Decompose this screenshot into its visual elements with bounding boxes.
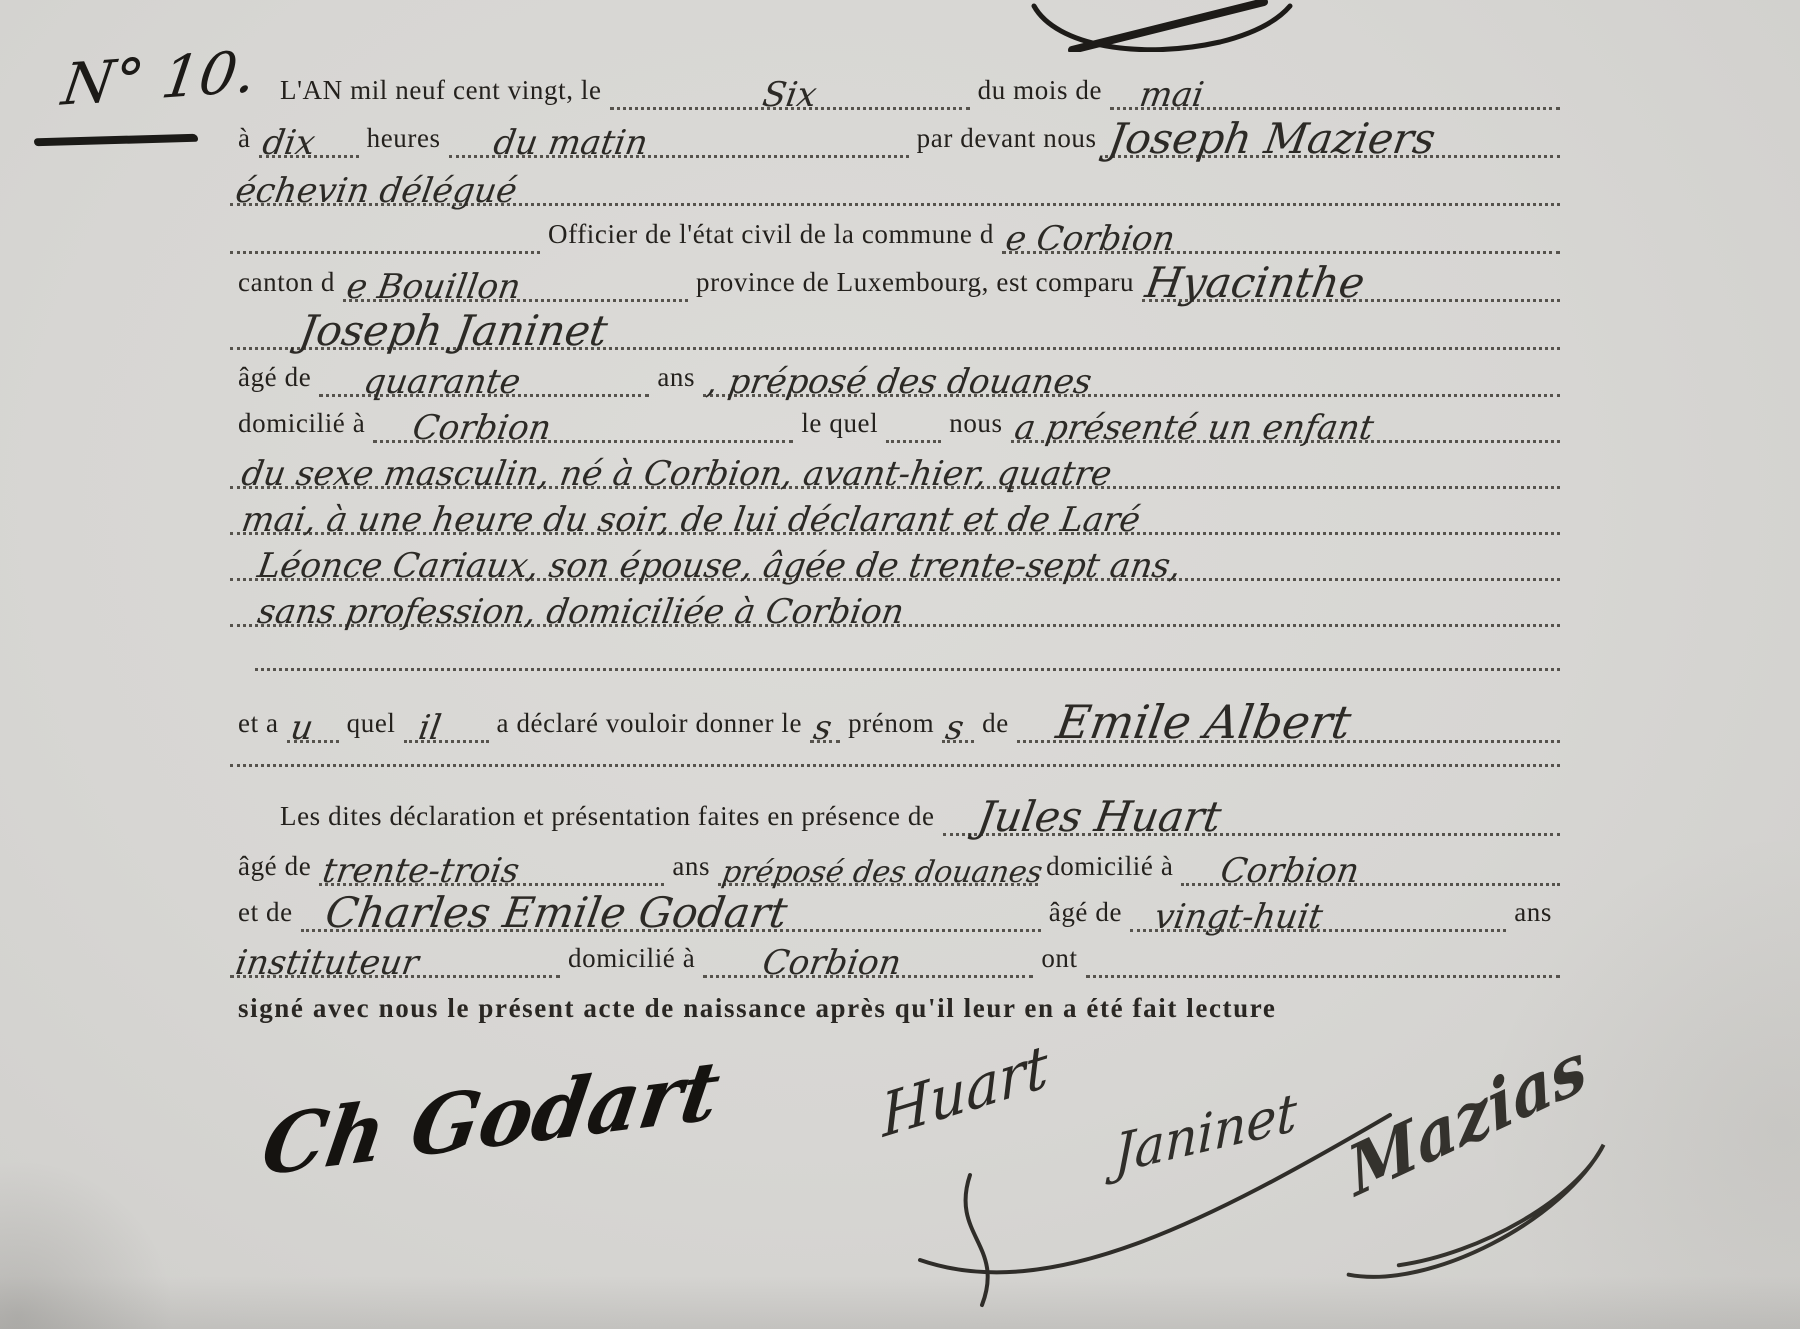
handwritten-hour: dix <box>256 126 321 160</box>
fill-blank: Joseph Janinet <box>230 304 1560 350</box>
handwritten-domicile: Corbion <box>371 411 558 445</box>
fill-blank: Corbion <box>703 932 1033 978</box>
form-line-year: L'AN mil neuf cent vingt, le Six du mois… <box>230 64 1560 110</box>
fill-blank: sans profession, domiciliée à Corbion <box>230 581 1560 627</box>
fill-blank: , préposé des douanes <box>703 351 1560 397</box>
fill-blank: e Bouillon <box>343 256 688 302</box>
handwritten-profession: , préposé des douanes <box>700 365 1098 399</box>
handwritten-domicile: Corbion <box>701 946 908 980</box>
printed-label: âgé de <box>230 362 319 397</box>
fill-blank: instituteur <box>230 932 560 978</box>
form-line-canton: canton d e Bouillon province de Luxembou… <box>230 256 1560 302</box>
fill-blank: mai <box>1110 64 1560 110</box>
handwritten-witness2-name: Charles Emile Godart <box>297 892 793 934</box>
printed-label: de <box>974 708 1017 743</box>
handwritten-profession: préposé des douanes <box>716 858 1049 888</box>
form-line-age-profession: âgé de quarante ans , préposé des douane… <box>230 351 1560 397</box>
printed-label: et a <box>230 708 287 743</box>
fill-blank: Six <box>610 64 970 110</box>
handwritten-letter: s <box>807 711 838 745</box>
fill-blank: Corbion <box>1181 840 1560 886</box>
printed-label: âgé de <box>230 851 319 886</box>
handwritten-domicile: Corbion <box>1179 854 1366 888</box>
handwritten-declarant-name: Joseph Janinet <box>227 310 615 352</box>
fill-blank: du matin <box>449 112 909 158</box>
form-line-witness-intro: Les dites déclaration et présentation fa… <box>230 790 1560 836</box>
blank-rule <box>255 668 1560 671</box>
fill-blank: e Corbion <box>1002 208 1560 254</box>
handwritten-birth-details-2: mai, à une heure du soir, de lui déclara… <box>230 489 1560 535</box>
printed-label: signé avec nous le présent acte de naiss… <box>230 993 1284 1028</box>
handwritten-birth-details-1: du sexe masculin, né à Corbion, avant-hi… <box>230 443 1560 489</box>
handwritten-presentation: a présenté un enfant <box>1008 411 1380 445</box>
form-line-given-names: et a u quel il a déclaré vouloir donner … <box>230 697 1560 743</box>
handwritten-time-of-day: du matin <box>446 126 654 160</box>
handwritten-letter: u <box>284 711 319 745</box>
printed-label: ans <box>1506 897 1560 932</box>
printed-label: canton d <box>230 267 343 302</box>
printed-label: domicilié à <box>1038 851 1181 886</box>
printed-label: Officier de l'état civil de la commune d <box>540 219 1002 254</box>
handwritten-day: Six <box>756 78 823 112</box>
handwritten-witness1-name: Jules Huart <box>939 796 1227 838</box>
handwritten-deputy-title: échevin délégué <box>227 174 523 208</box>
handwritten-text: mai, à une heure du soir, de lui déclara… <box>227 503 1146 537</box>
fill-blank: s <box>810 697 840 743</box>
handwritten-mother-details-1: Léonce Cariaux, son épouse, âgée de tren… <box>230 535 1560 581</box>
printed-label: à <box>230 123 259 158</box>
handwritten-given-names: Emile Albert <box>1013 699 1358 745</box>
printed-label: L'AN mil neuf cent vingt, le <box>230 75 610 110</box>
fill-blank: du sexe masculin, né à Corbion, avant-hi… <box>230 443 1560 489</box>
printed-label: quel <box>339 708 404 743</box>
printed-label: par devant nous <box>909 123 1105 158</box>
fill-blank: Emile Albert <box>1017 697 1560 743</box>
fill-blank: Charles Emile Godart <box>301 886 1041 932</box>
fill-blank <box>886 397 941 443</box>
printed-label: nous <box>941 408 1010 443</box>
form-line-domicile-presentation: domicilié à Corbion le quel nous a prése… <box>230 397 1560 443</box>
handwritten-text: sans profession, domiciliée à Corbion <box>227 595 910 629</box>
handwritten-officer-name: Joseph Maziers <box>1101 118 1442 160</box>
handwritten-declarant-name-line: Joseph Janinet <box>230 304 1560 350</box>
fill-blank: vingt-huit <box>1130 886 1506 932</box>
fill-blank <box>1086 932 1560 978</box>
handwritten-deputy-title-line: échevin délégué <box>230 160 1560 206</box>
fill-blank: a présenté un enfant <box>1011 397 1560 443</box>
handwritten-text: Léonce Cariaux, son épouse, âgée de tren… <box>227 549 1187 583</box>
printed-label: du mois de <box>970 75 1111 110</box>
printed-label: ans <box>649 362 703 397</box>
handwritten-text: du sexe masculin, né à Corbion, avant-hi… <box>227 457 1118 491</box>
handwritten-age: vingt-huit <box>1127 900 1329 934</box>
handwritten-profession: instituteur <box>227 946 425 980</box>
fill-blank: il <box>404 697 489 743</box>
printed-label: le quel <box>793 408 886 443</box>
fill-blank: trente-trois <box>319 840 664 886</box>
fill-blank: dix <box>259 112 359 158</box>
fill-blank: Léonce Cariaux, son épouse, âgée de tren… <box>230 535 1560 581</box>
handwritten-commune: e Corbion <box>999 222 1181 256</box>
handwritten-age: trente-trois <box>317 854 526 888</box>
fill-blank: Joseph Maziers <box>1105 112 1560 158</box>
printed-label: ont <box>1033 943 1085 978</box>
printed-label: heures <box>359 123 449 158</box>
handwritten-mother-details-2: sans profession, domiciliée à Corbion <box>230 581 1560 627</box>
printed-label: ans <box>664 851 718 886</box>
handwritten-age: quarante <box>317 365 528 399</box>
form-line-witness2: et de Charles Emile Godart âgé de vingt-… <box>230 886 1560 932</box>
document-page: N° 10. L'AN mil neuf cent vingt, le Six … <box>0 0 1800 1329</box>
form-line-signature-clause: signé avec nous le présent acte de naiss… <box>230 982 1560 1028</box>
printed-label: âgé de <box>1041 897 1130 932</box>
printed-label: a déclaré vouloir donner le <box>489 708 811 743</box>
printed-label: province de Luxembourg, est comparu <box>688 267 1142 302</box>
fill-blank: échevin délégué <box>230 160 1560 206</box>
printed-label: Les dites déclaration et présentation fa… <box>230 801 943 836</box>
act-number-underline <box>34 134 198 147</box>
ink-flourish-icon <box>1020 0 1300 52</box>
signature-godart: Ch Godart <box>257 1049 725 1187</box>
fill-blank: mai, à une heure du soir, de lui déclara… <box>230 489 1560 535</box>
fill-blank: Corbion <box>373 397 793 443</box>
printed-label: prénom <box>840 708 942 743</box>
printed-label: et de <box>230 897 301 932</box>
printed-label: domicilié à <box>560 943 703 978</box>
handwritten-month: mai <box>1107 78 1210 112</box>
printed-label: domicilié à <box>230 408 373 443</box>
handwritten-letter: s <box>939 711 970 745</box>
fill-blank: s <box>942 697 974 743</box>
fill-blank: Hyacinthe <box>1142 256 1560 302</box>
fill-blank: Jules Huart <box>943 790 1560 836</box>
form-line-witness2-domicile: instituteur domicilié à Corbion ont <box>230 932 1560 978</box>
form-line-hour-officer: à dix heures du matin par devant nous Jo… <box>230 112 1560 158</box>
handwritten-canton: e Bouillon <box>340 270 527 304</box>
handwritten-pronoun: il <box>401 711 447 745</box>
handwritten-declarant-firstname: Hyacinthe <box>1139 262 1372 304</box>
fill-blank: quarante <box>319 351 649 397</box>
form-line-civil-officer: Officier de l'état civil de la commune d… <box>230 208 1560 254</box>
blank-rule <box>230 764 1560 767</box>
fill-blank <box>230 208 540 254</box>
fill-blank: préposé des douanes <box>718 840 1038 886</box>
form-line-witness1-details: âgé de trente-trois ans préposé des doua… <box>230 840 1560 886</box>
fill-blank: u <box>287 697 339 743</box>
